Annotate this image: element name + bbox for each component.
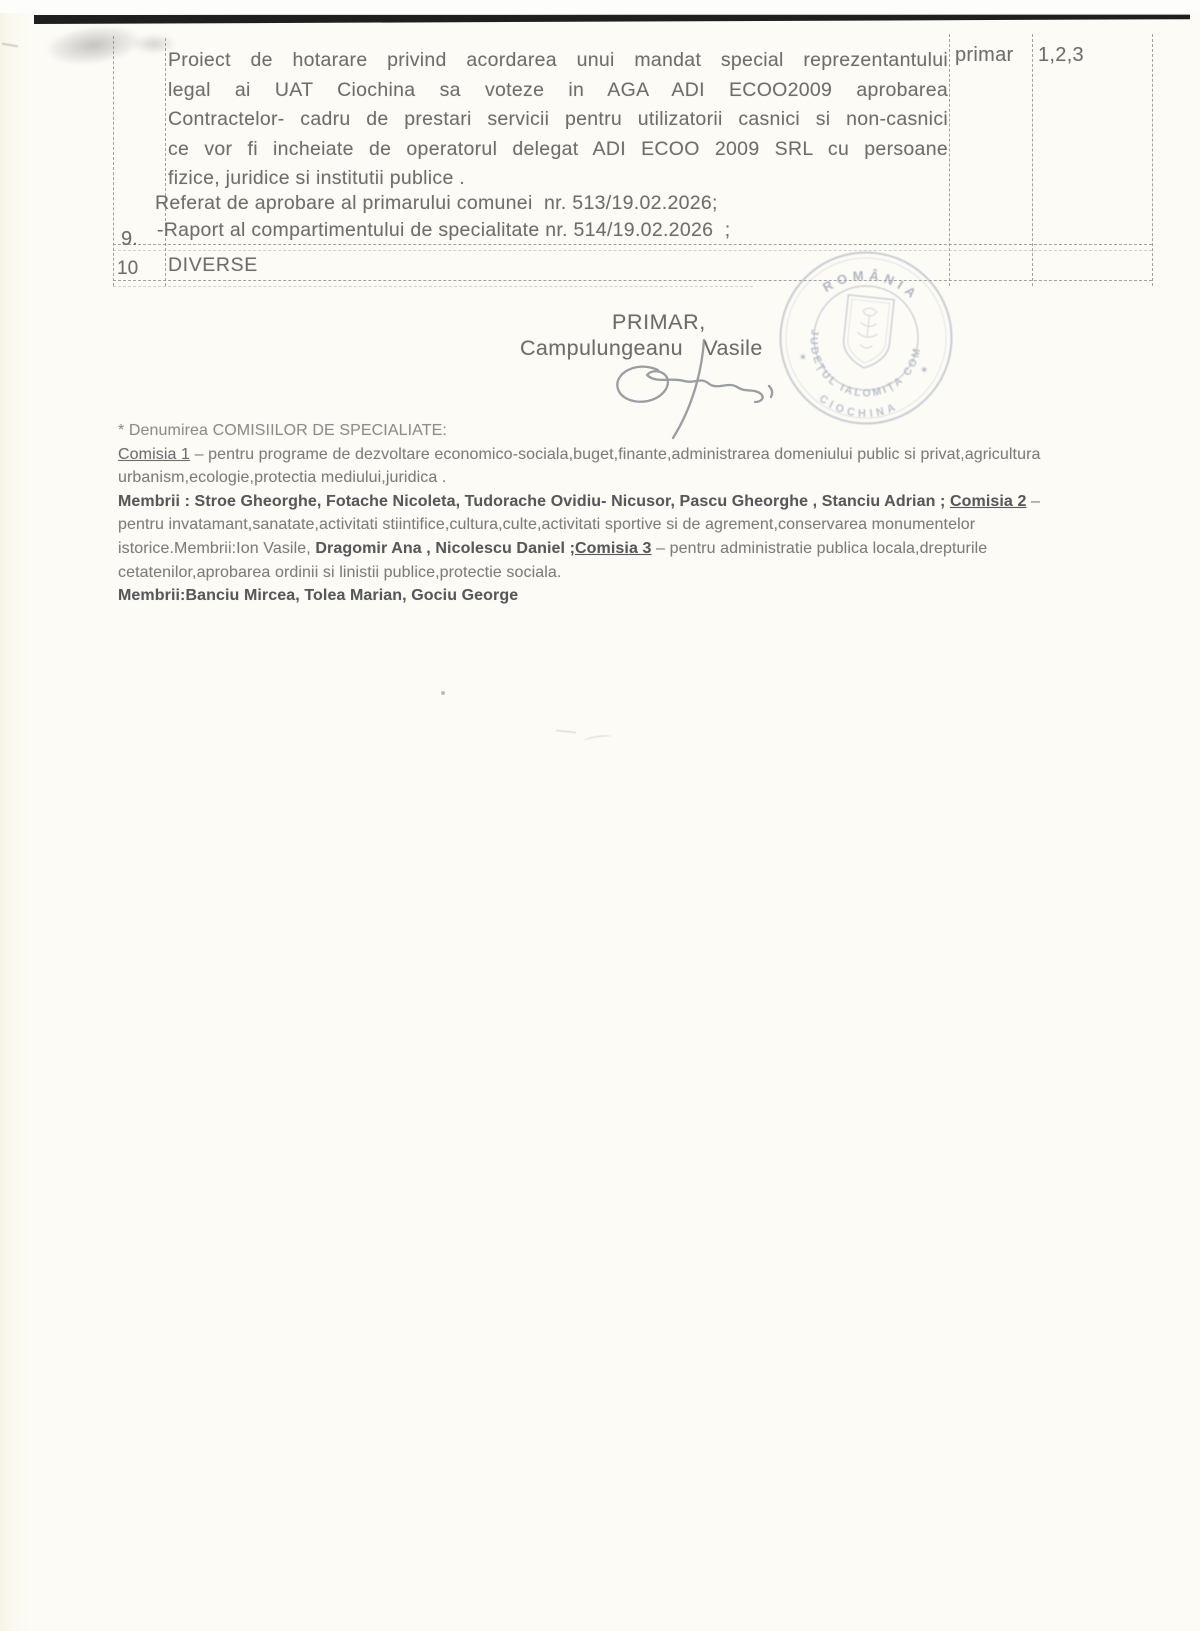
signature-scrawl <box>617 367 762 402</box>
paper-left-edge-shading <box>0 0 32 1632</box>
scan-top-margin <box>0 0 1200 13</box>
commissions-note: * Denumirea COMISIILOR DE SPECIALIATE: C… <box>118 419 1070 608</box>
commission-1-paragraph: Comisia 1 – pentru programe de dezvoltar… <box>118 443 1070 490</box>
comisii-cell: 1,2,3 <box>1038 44 1084 67</box>
commission-members-paragraph: Membrii : Stroe Gheorghe, Fotache Nicole… <box>118 490 1070 584</box>
commission-1-members: Membrii : Stroe Gheorghe, Fotache Nicole… <box>118 493 950 510</box>
row-number: 9. <box>121 228 138 251</box>
project-line: Contractelor- cadru de prestari servicii… <box>168 105 948 135</box>
commission-3-members: Membrii:Banciu Mircea, Tolea Marian, Goc… <box>118 587 518 604</box>
project-line: ce vor fi incheiate de operatorul delega… <box>168 135 948 165</box>
commission-2-members: Dragomir Ana , Nicolescu Daniel ; <box>315 540 575 557</box>
scanned-paper-background <box>0 0 1200 1632</box>
project-line: Proiect de hotarare privind acordarea un… <box>168 46 948 76</box>
scan-bottom-margin <box>0 1631 1200 1650</box>
referat-line: Referat de aprobare al primarului comune… <box>155 192 718 215</box>
commission-1-text: – pentru programe de dezvoltare economic… <box>118 446 1041 487</box>
stamp-star-left: ✶ <box>798 352 807 364</box>
project-line: fizice, juridice si institutii publice . <box>168 164 948 194</box>
commission-2-members-prefix: Membrii:Ion Vasile, <box>174 540 315 557</box>
official-round-stamp: ROMÂNIA JUDEȚUL IALOMIȚA COM CIOCHINA ✶ … <box>775 245 960 430</box>
stamp-star-right: ✶ <box>919 365 928 377</box>
scan-speck <box>441 691 445 695</box>
commissions-heading: * Denumirea COMISIILOR DE SPECIALIATE: <box>118 419 1070 443</box>
commission-2-label: Comisia 2 <box>950 493 1027 510</box>
row9-project-text: Proiect de hotarare privind acordarea un… <box>168 46 948 194</box>
stamp-country-arc: ROMÂNIA <box>819 263 925 305</box>
signature-tick <box>769 386 772 397</box>
raport-line: -Raport al compartimentului de specialit… <box>157 219 730 242</box>
diverse-cell: DIVERSE <box>168 254 258 277</box>
commission-3-label: Comisia 3 <box>575 540 652 557</box>
initiator-cell: primar <box>955 44 1013 67</box>
project-line: legal ai UAT Ciochina sa voteze in AGA A… <box>168 76 948 106</box>
commission-3-members-paragraph: Membrii:Banciu Mircea, Tolea Marian, Goc… <box>118 584 1070 608</box>
commission-1-label: Comisia 1 <box>118 446 190 463</box>
row-number: 10 <box>117 258 138 280</box>
stamp-eagle-emblem <box>856 307 880 349</box>
